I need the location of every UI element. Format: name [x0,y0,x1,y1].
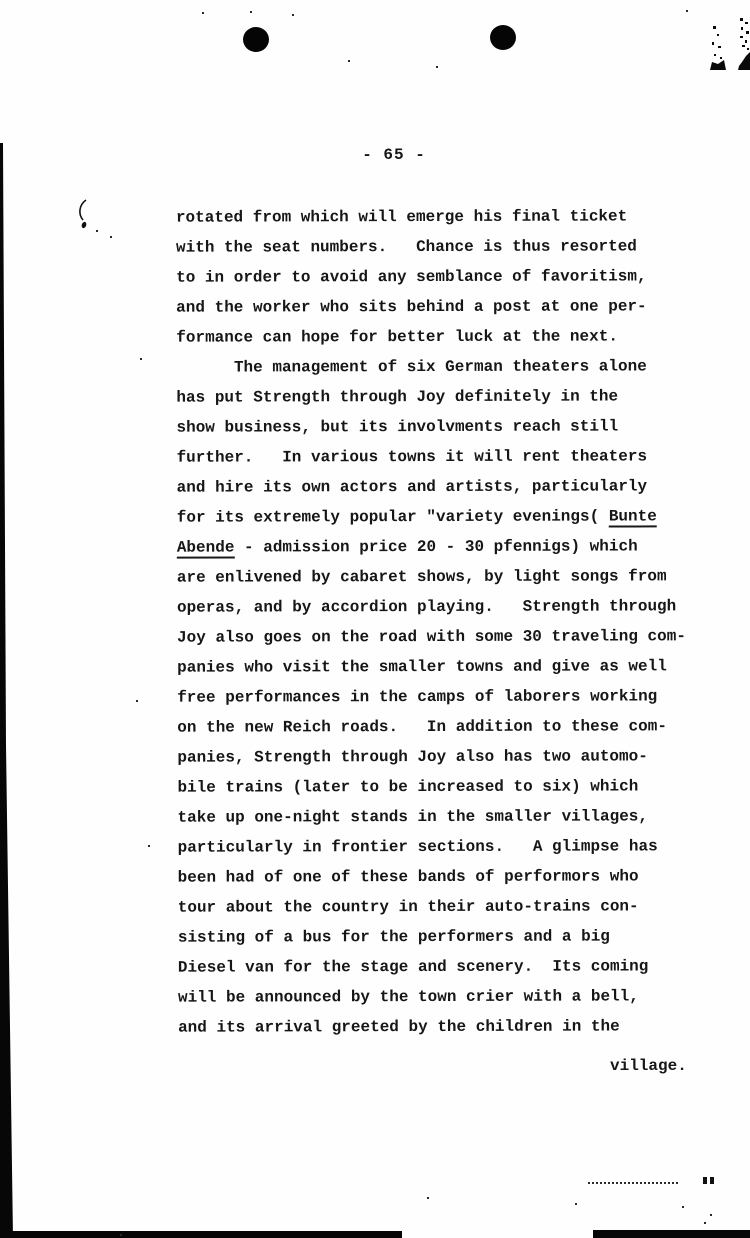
scan-bottom-bar-right [593,1230,750,1238]
page-number: - 65 - [38,146,750,164]
scan-speck [110,236,112,238]
scan-speck [292,14,294,16]
scan-speck [686,10,688,12]
text-line: further. In various towns it will rent t… [177,441,686,472]
trailing-word: village. [610,1051,687,1081]
underlined-text: Abende [177,539,235,559]
text-line: take up one-night stands in the smaller … [177,801,686,832]
text-line: with the seat numbers. Chance is thus re… [176,231,685,262]
text-line: and hire its own actors and artists, par… [177,471,686,502]
document-page: - 65 - rotated from which will emerge hi… [0,0,750,1238]
text-line: show business, but its involvments reach… [176,411,685,442]
text-line: tour about the country in their auto-tra… [178,891,687,922]
text-line: to in order to avoid any semblance of fa… [176,261,685,292]
scan-speck [436,66,438,68]
text-line: and the worker who sits behind a post at… [176,291,685,322]
scan-speck [704,1222,706,1224]
scan-speck [348,60,350,62]
text-line: been had of one of these bands of perfor… [178,861,687,892]
text-line: has put Strength through Joy definitely … [176,381,685,412]
scan-speck [710,1214,712,1216]
scan-speck [96,230,98,232]
scan-speck [202,12,204,14]
scan-dotted-line [588,1182,678,1184]
pen-mark [72,196,96,232]
scan-bottom-bar-left [0,1231,402,1238]
text-line: will be announced by the town crier with… [178,981,687,1012]
underlined-text: Bunte [609,507,657,527]
text-line: free performances in the camps of labore… [177,681,686,712]
hole-punch-right [490,25,516,50]
scan-speck [682,1206,684,1208]
text-line: panies who visit the smaller towns and g… [177,651,686,682]
scan-tick-marks [703,1177,719,1184]
scan-speck [136,700,138,702]
text-line: The management of six German theaters al… [176,351,685,382]
text-line: operas, and by accordion playing. Streng… [177,591,686,622]
scan-speck [427,1197,429,1199]
scan-speck [148,845,150,847]
scan-speck [250,11,252,13]
text-line: panies, Strength through Joy also has tw… [177,741,686,772]
text-line: bile trains (later to be increased to si… [177,771,686,802]
text-line: are enlivened by cabaret shows, by light… [177,561,686,592]
text-line: formance can hope for better luck at the… [176,321,685,352]
scan-speck [575,1203,577,1205]
ink-smudge [704,12,750,74]
text-line: for its extremely popular "variety eveni… [177,501,686,532]
text-line: particularly in frontier sections. A gli… [178,831,687,862]
hole-punch-left [243,27,269,52]
text-line: rotated from which will emerge his final… [176,201,685,232]
scan-edge-stripe [0,143,13,1238]
text-line: Joy also goes on the road with some 30 t… [177,621,686,652]
body-text: rotated from which will emerge his final… [176,201,687,1042]
scan-speck [120,1234,122,1236]
text-line: and its arrival greeted by the children … [178,1011,687,1042]
text-line: Diesel van for the stage and scenery. It… [178,951,687,982]
text-line: sisting of a bus for the performers and … [178,921,687,952]
text-line: Abende - admission price 20 - 30 pfennig… [177,531,686,562]
text-line: on the new Reich roads. In addition to t… [177,711,686,742]
scan-speck [140,358,142,360]
